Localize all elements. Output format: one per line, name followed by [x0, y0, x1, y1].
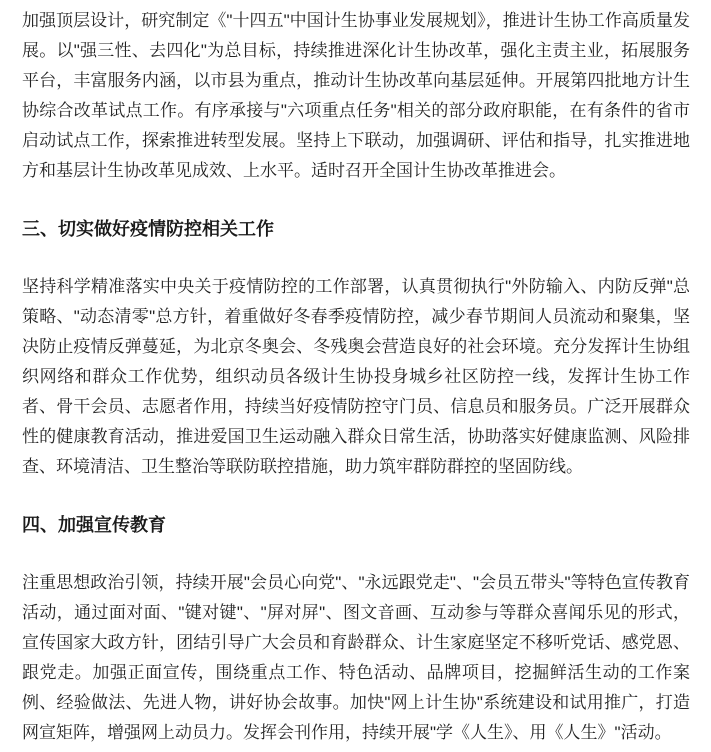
- paragraph-publicity-education: 注重思想政治引领，持续开展"会员心向党"、"永远跟党走"、"会员五带头"等特色宣…: [22, 568, 690, 748]
- section-heading-publicity-education: 四、加强宣传教育: [22, 512, 690, 538]
- paragraph-reform: 加强顶层设计，研究制定《"十四五"中国计生协事业发展规划》，推进计生协工作高质量…: [22, 6, 690, 186]
- document-article: 加强顶层设计，研究制定《"十四五"中国计生协事业发展规划》，推进计生协工作高质量…: [0, 0, 711, 748]
- section-heading-epidemic-prevention: 三、切实做好疫情防控相关工作: [22, 216, 690, 242]
- paragraph-epidemic-prevention: 坚持科学精准落实中央关于疫情防控的工作部署，认真贯彻执行"外防输入、内防反弹"总…: [22, 272, 690, 482]
